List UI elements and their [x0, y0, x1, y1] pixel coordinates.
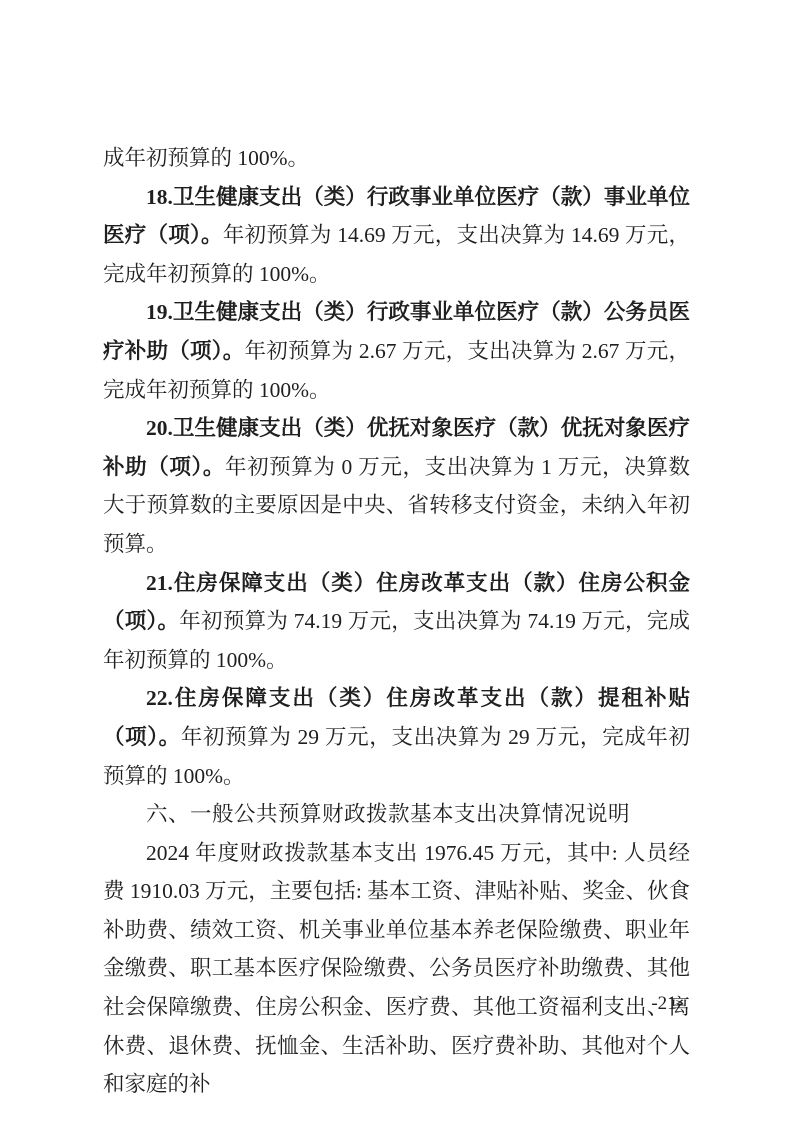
document-page: 成年初预算的 100%。 18.卫生健康支出（类）行政事业单位医疗（款）事业单位… [0, 0, 793, 1122]
section-paragraph-18: 18.卫生健康支出（类）行政事业单位医疗（款）事业单位医疗（项）。年初预算为 1… [103, 178, 690, 294]
section-paragraph-22: 22.住房保障支出（类）住房改革支出（款）提租补贴（项）。年初预算为 29 万元… [103, 679, 690, 795]
section-paragraph-20: 20.卫生健康支出（类）优抚对象医疗（款）优抚对象医疗补助（项）。年初预算为 0… [103, 409, 690, 563]
section-six-heading: 六、一般公共预算财政拨款基本支出决算情况说明 [103, 795, 690, 834]
section-paragraph-19: 19.卫生健康支出（类）行政事业单位医疗（款）公务员医疗补助（项）。年初预算为 … [103, 293, 690, 409]
section-21-body: 年初预算为 74.19 万元，支出决算为 74.19 万元，完成年初预算的 10… [103, 609, 690, 672]
section-paragraph-21: 21.住房保障支出（类）住房改革支出（款）住房公积金（项）。年初预算为 74.1… [103, 564, 690, 680]
section-22-body: 年初预算为 29 万元，支出决算为 29 万元，完成年初预算的 100%。 [103, 725, 690, 788]
page-number: -21- [651, 992, 683, 1016]
carryover-line: 成年初预算的 100%。 [103, 139, 690, 178]
document-content: 成年初预算的 100%。 18.卫生健康支出（类）行政事业单位医疗（款）事业单位… [103, 139, 690, 1104]
section-six-paragraph: 2024 年度财政拨款基本支出 1976.45 万元，其中: 人员经费 1910… [103, 834, 690, 1104]
